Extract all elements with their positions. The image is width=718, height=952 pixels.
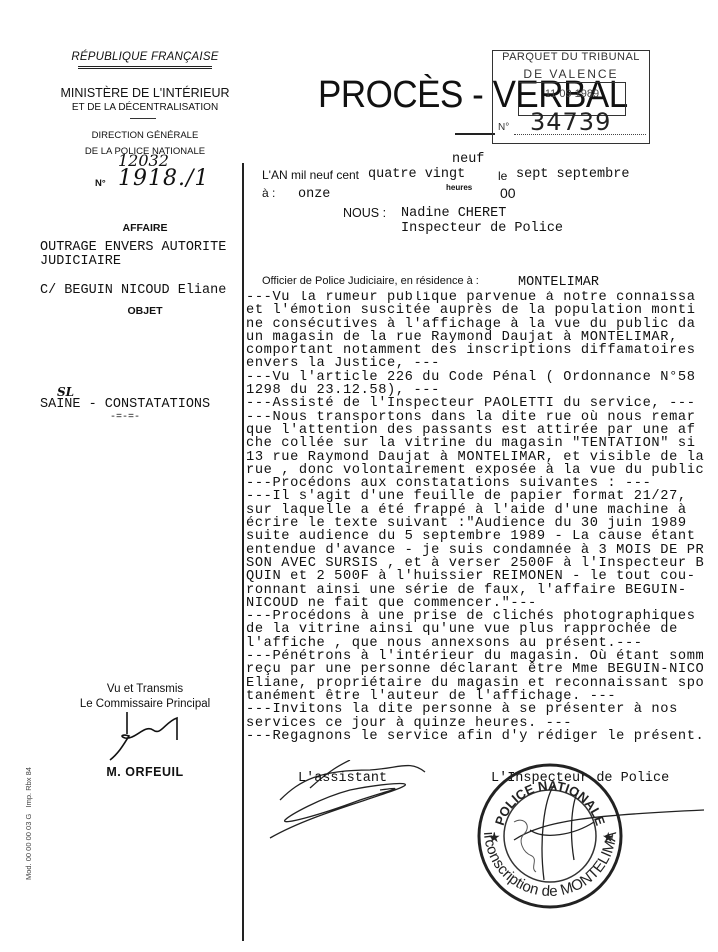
report-line: ronnant ainsi une série de faux, l'affai… — [246, 584, 718, 597]
heading-underline — [78, 66, 212, 67]
report-line: ---Regagnons le service afin d'y rédiger… — [246, 730, 718, 743]
printer-mark: Mod. 00 00 00 03 G Imp. Rbx 84 — [24, 767, 33, 880]
commissaire-title: Le Commissaire Principal — [60, 698, 230, 710]
assistant-signature-label: L'assistant — [298, 771, 387, 786]
year-value: quatre vingt — [368, 167, 465, 182]
affaire-label: AFFAIRE — [60, 222, 230, 234]
date-value: sept septembre — [516, 167, 629, 182]
report-line: ---Invitons la dite personne à se présen… — [246, 703, 718, 716]
title-underline — [455, 133, 495, 135]
handwritten-case-number: 1918./1 — [118, 166, 209, 191]
hour-value: onze — [298, 187, 330, 202]
ministry-name: MINISTÈRE DE L'INTÉRIEUR — [60, 86, 230, 100]
stamp-date: 11 09 1989 — [520, 88, 624, 100]
officer-name: Nadine CHERET — [401, 206, 506, 221]
report-body: ---Vu la rumeur publique parvenue à notr… — [246, 291, 718, 743]
report-line: che collée sur la vitrine du magasin "TE… — [246, 437, 718, 450]
report-line: envers la Justice, --- — [246, 357, 718, 370]
column-divider — [242, 163, 244, 941]
report-line: suite audience du 5 septembre 1989 - La … — [246, 530, 718, 543]
police-seal-icon: POLICE NATIONALE Circonscription de MONT… — [474, 760, 714, 910]
report-line: ne consécutives à l'affichage à la vue d… — [246, 318, 718, 331]
report-line: un magasin de la rue Raymond Daujat à MO… — [246, 331, 718, 344]
report-line: NICOUD ne fait que commencer."--- — [246, 597, 718, 610]
affaire-against: C/ BEGUIN NICOUD Eliane — [40, 283, 226, 298]
report-line: sur laquelle a été frappé à l'aide d'une… — [246, 504, 718, 517]
report-line: ---Pénétrons à l'intérieur du magasin. O… — [246, 650, 718, 663]
report-line: ---Procédons aux constatations suivantes… — [246, 477, 718, 490]
report-line: services ce jour à quinze heures. --- — [246, 717, 718, 730]
report-line: rue , donc volontairement exposée à la v… — [246, 464, 718, 477]
report-line: entendue d'avance - je suis condamnée à … — [246, 544, 718, 557]
report-line: ---Assisté de l'Inspecteur PAOLETTI du s… — [246, 397, 718, 410]
minutes-value: 00 — [500, 185, 516, 201]
hours-label: heures — [446, 183, 472, 192]
report-line: que l'attention des passants est attirée… — [246, 424, 718, 437]
republique-heading: RÉPUBLIQUE FRANÇAISE — [60, 51, 230, 63]
objet-text: SAINE - CONSTATATIONS — [40, 397, 210, 412]
svg-text:★: ★ — [602, 831, 615, 846]
report-line: comportant notamment des inscriptions di… — [246, 344, 718, 357]
report-line: 1298 du 23.12.58), --- — [246, 384, 718, 397]
stamp-number-label: N° — [498, 122, 509, 133]
vu-et-transmis-label: Vu et Transmis — [60, 683, 230, 695]
heading-underline — [78, 68, 212, 69]
commissaire-signature-icon — [105, 712, 195, 762]
affaire-line: OUTRAGE ENVERS AUTORITE — [40, 241, 226, 255]
ministry-subtitle: ET DE LA DÉCENTRALISATION — [60, 102, 230, 113]
report-line: ---Vu l'article 226 du Code Pénal ( Ordo… — [246, 371, 718, 384]
report-line: ---Nous transportons dans la dite rue où… — [246, 411, 718, 424]
divider-rule — [130, 118, 156, 119]
report-line: SON AVEC SURSIS , et à verser 2500F à l'… — [246, 557, 718, 570]
report-line: et l'émotion suscitée auprès de la popul… — [246, 304, 718, 317]
svg-text:POLICE NATIONALE: POLICE NATIONALE — [492, 778, 608, 828]
date-label: le — [498, 169, 507, 183]
report-line: QUIN et 2 500F à l'huissier REIMONEN - l… — [246, 570, 718, 583]
report-line: 13 rue Raymond Daujat à MONTELIMAR, et v… — [246, 451, 718, 464]
report-line: ---Il s'agit d'une feuille de papier for… — [246, 490, 718, 503]
stamp-court-line: PARQUET DU TRIBUNAL — [494, 51, 648, 63]
year-label: L'AN mil neuf cent — [262, 168, 359, 182]
report-line: de la vitrine ainsi qu'une vue plus rapp… — [246, 623, 718, 636]
number-label: N° — [95, 178, 106, 189]
report-line: ---Procédons à une prise de clichés phot… — [246, 610, 718, 623]
objet-label: OBJET — [60, 305, 230, 317]
objet-decoration: -=-=- — [110, 412, 140, 423]
stamp-city-line: DE VALENCE — [494, 67, 648, 81]
report-line: ---Vu la rumeur publique parvenue à notr… — [246, 291, 718, 304]
nous-label: NOUS : — [343, 206, 386, 220]
officer-rank: Inspecteur de Police — [401, 221, 563, 236]
time-label: à : — [262, 186, 275, 200]
year-extra: neuf — [452, 152, 484, 167]
residence-value: MONTELIMAR — [518, 275, 599, 290]
commissaire-name: M. ORFEUIL — [60, 765, 230, 779]
report-line: tanément être l'auteur de l'affichage. -… — [246, 690, 718, 703]
report-line: Eliane, propriétaire du magasin et recon… — [246, 677, 718, 690]
stamp-number: 34739 — [530, 108, 611, 136]
affaire-line: JUDICIAIRE — [40, 255, 226, 269]
report-line: l'affiche , que nous annexsons au présen… — [246, 637, 718, 650]
opj-label: Officier de Police Judiciaire, en réside… — [262, 275, 479, 287]
report-line: reçu par une personne déclarant être Mme… — [246, 663, 718, 676]
affaire-text: OUTRAGE ENVERS AUTORITE JUDICIAIRE — [40, 241, 226, 269]
svg-text:★: ★ — [488, 831, 501, 846]
report-line: écrire le texte suivant :"Audience du 30… — [246, 517, 718, 530]
direction-line: DIRECTION GÉNÉRALE — [60, 128, 230, 144]
